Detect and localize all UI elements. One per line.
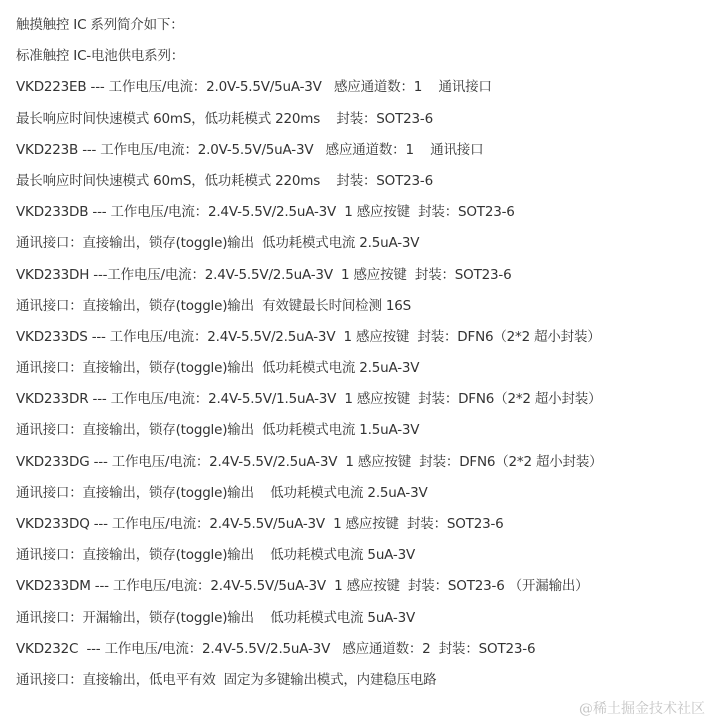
detail-line-vkd223b: 最长响应时间快速模式 60mS，低功耗模式 220ms 封装：SOT23-6 (16, 171, 711, 202)
detail-line-vkd233db: 通讯接口：直接输出，锁存(toggle)输出 低功耗模式电流 2.5uA-3V (16, 233, 711, 264)
detail-line-vkd233ds: 通讯接口：直接输出，锁存(toggle)输出 低功耗模式电流 2.5uA-3V (16, 358, 711, 389)
detail-line-vkd233dm: 通讯接口：开漏输出，锁存(toggle)输出 低功耗模式电流 5uA-3V (16, 608, 711, 639)
spec-line-vkd233ds: VKD233DS --- 工作电压/电流：2.4V-5.5V/2.5uA-3V … (16, 327, 711, 358)
detail-line-vkd233dh: 通讯接口：直接输出，锁存(toggle)输出 有效键最长时间检测 16S (16, 296, 711, 327)
detail-line-vkd232c: 通讯接口：直接输出，低电平有效 固定为多键输出模式，内建稳压电路 (16, 670, 711, 701)
spec-line-vkd232c: VKD232C --- 工作电压/电流：2.4V-5.5V/2.5uA-3V 感… (16, 639, 711, 670)
spec-line-vkd233dr: VKD233DR --- 工作电压/电流：2.4V-5.5V/1.5uA-3V … (16, 389, 711, 420)
detail-line-vkd233dr: 通讯接口：直接输出，锁存(toggle)输出 低功耗模式电流 1.5uA-3V (16, 420, 711, 451)
watermark: @稀土掘金技术社区 (579, 698, 705, 718)
series-heading: 标准触控 IC-电池供电系列： (16, 46, 711, 77)
spec-line-vkd233dh: VKD233DH ---工作电压/电流：2.4V-5.5V/2.5uA-3V 1… (16, 265, 711, 296)
detail-line-vkd223eb: 最长响应时间快速模式 60mS，低功耗模式 220ms 封装：SOT23-6 (16, 109, 711, 140)
intro-heading: 触摸触控 IC 系列简介如下： (16, 15, 711, 46)
spec-line-vkd233dq: VKD233DQ --- 工作电压/电流：2.4V-5.5V/5uA-3V 1 … (16, 514, 711, 545)
spec-line-vkd223b: VKD223B --- 工作电压/电流：2.0V-5.5V/5uA-3V 感应通… (16, 140, 711, 171)
spec-line-vkd233dg: VKD233DG --- 工作电压/电流：2.4V-5.5V/2.5uA-3V … (16, 452, 711, 483)
detail-line-vkd233dg: 通讯接口：直接输出，锁存(toggle)输出 低功耗模式电流 2.5uA-3V (16, 483, 711, 514)
article-body: 触摸触控 IC 系列简介如下： 标准触控 IC-电池供电系列： VKD223EB… (16, 15, 711, 701)
spec-line-vkd233dm: VKD233DM --- 工作电压/电流：2.4V-5.5V/5uA-3V 1 … (16, 576, 711, 607)
spec-line-vkd233db: VKD233DB --- 工作电压/电流：2.4V-5.5V/2.5uA-3V … (16, 202, 711, 233)
detail-line-vkd233dq: 通讯接口：直接输出，锁存(toggle)输出 低功耗模式电流 5uA-3V (16, 545, 711, 576)
spec-line-vkd223eb: VKD223EB --- 工作电压/电流：2.0V-5.5V/5uA-3V 感应… (16, 77, 711, 108)
